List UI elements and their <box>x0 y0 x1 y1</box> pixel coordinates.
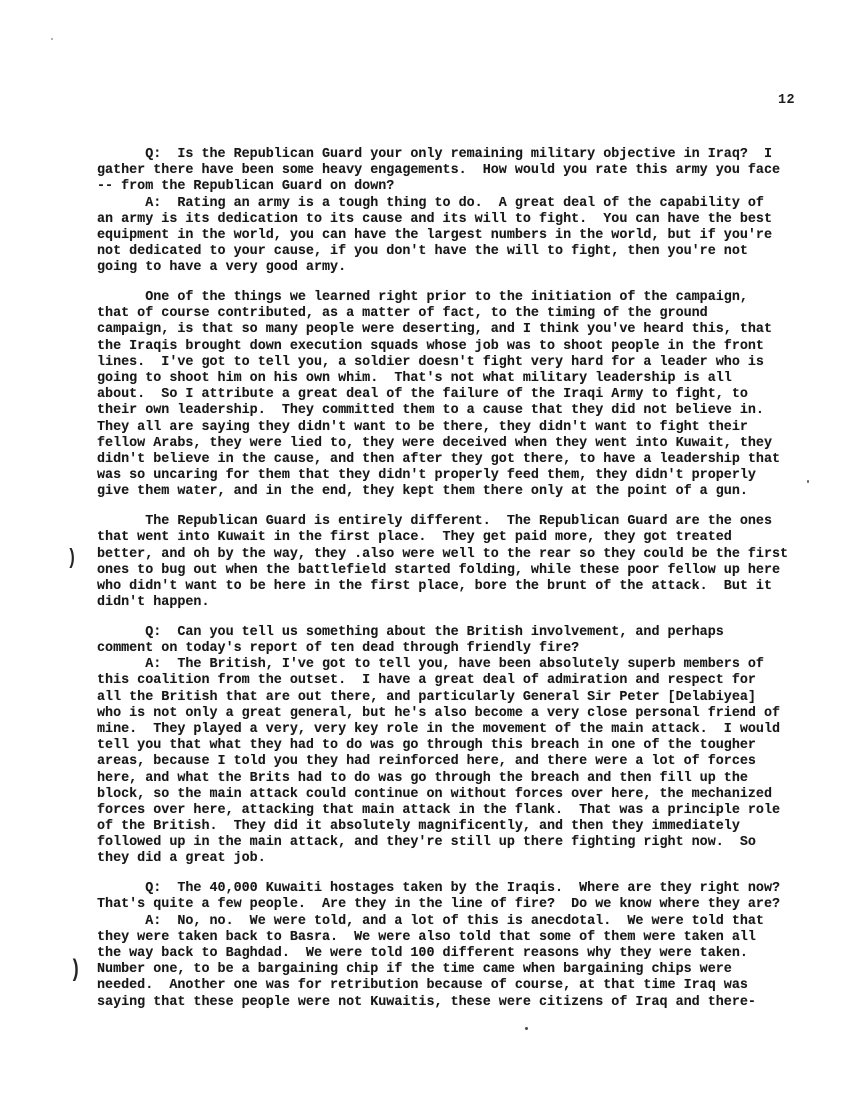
text-line: who didn't want to be here in the first … <box>97 579 807 595</box>
text-line: Number one, to be a bargaining chip if t… <box>97 962 807 978</box>
text-line: lines. I've got to tell you, a soldier d… <box>97 355 807 371</box>
text-line: was so uncaring for them that they didn'… <box>97 468 807 484</box>
text-line: comment on today's report of ten dead th… <box>97 641 807 657</box>
paragraph: Q: The 40,000 Kuwaiti hostages taken by … <box>97 881 807 1011</box>
text-line: they did a great job. <box>97 851 807 867</box>
text-line: A: No, no. We were told, and a lot of th… <box>97 914 807 930</box>
text-line: all the British that are out there, and … <box>97 690 807 706</box>
text-line: going to shoot him on his own whim. That… <box>97 371 807 387</box>
text-line: going to have a very good army. <box>97 260 807 276</box>
text-line: not dedicated to your cause, if you don'… <box>97 244 807 260</box>
text-line: Q: Can you tell us something about the B… <box>97 625 807 641</box>
text-line: equipment in the world, you can have the… <box>97 228 807 244</box>
text-line: gather there have been some heavy engage… <box>97 163 807 179</box>
text-line: forces over here, attacking that main at… <box>97 803 807 819</box>
paragraph: One of the things we learned right prior… <box>97 290 807 500</box>
paragraph: Q: Is the Republican Guard your only rem… <box>97 147 807 277</box>
text-line: ones to bug out when the battlefield sta… <box>97 563 807 579</box>
paragraph: The Republican Guard is entirely differe… <box>97 514 807 611</box>
scan-speck <box>807 480 809 483</box>
text-line: saying that these people were not Kuwait… <box>97 995 807 1011</box>
text-line: campaign, is that so many people were de… <box>97 322 807 338</box>
text-line: an army is its dedication to its cause a… <box>97 212 807 228</box>
text-line: the Iraqis brought down execution squads… <box>97 339 807 355</box>
text-line: that went into Kuwait in the first place… <box>97 530 807 546</box>
text-line: this coalition from the outset. I have a… <box>97 673 807 689</box>
text-line: mine. They played a very, very key role … <box>97 722 807 738</box>
margin-mark-top: ) <box>67 546 77 570</box>
text-line: the way back to Baghdad. We were told 10… <box>97 946 807 962</box>
scan-speck <box>51 38 53 40</box>
margin-mark-bottom: ) <box>70 957 81 984</box>
text-line: They all are saying they didn't want to … <box>97 420 807 436</box>
document-page: 12 ) ) Q: Is the Republican Guard your o… <box>0 0 851 1100</box>
text-line: One of the things we learned right prior… <box>97 290 807 306</box>
text-line: fellow Arabs, they were lied to, they we… <box>97 436 807 452</box>
transcript-body: Q: Is the Republican Guard your only rem… <box>97 147 807 1011</box>
text-line: didn't happen. <box>97 595 807 611</box>
paragraph: Q: Can you tell us something about the B… <box>97 625 807 868</box>
text-line: A: The British, I've got to tell you, ha… <box>97 657 807 673</box>
text-line: Q: Is the Republican Guard your only rem… <box>97 147 807 163</box>
text-line: -- from the Republican Guard on down? <box>97 179 807 195</box>
text-line: their own leadership. They committed the… <box>97 403 807 419</box>
text-line: block, so the main attack could continue… <box>97 787 807 803</box>
text-line: followed up in the main attack, and they… <box>97 835 807 851</box>
page-number: 12 <box>778 93 795 108</box>
text-line: didn't believe in the cause, and then af… <box>97 452 807 468</box>
text-line: The Republican Guard is entirely differe… <box>97 514 807 530</box>
text-line: here, and what the Brits had to do was g… <box>97 771 807 787</box>
text-line: that of course contributed, as a matter … <box>97 306 807 322</box>
text-line: tell you that what they had to do was go… <box>97 738 807 754</box>
scan-speck <box>525 1027 528 1030</box>
text-line: who is not only a great general, but he'… <box>97 706 807 722</box>
text-line: better, and oh by the way, they .also we… <box>97 547 807 563</box>
text-line: A: Rating an army is a tough thing to do… <box>97 196 807 212</box>
text-line: of the British. They did it absolutely m… <box>97 819 807 835</box>
text-line: That's quite a few people. Are they in t… <box>97 897 807 913</box>
text-line: about. So I attribute a great deal of th… <box>97 387 807 403</box>
text-line: give them water, and in the end, they ke… <box>97 484 807 500</box>
text-line: needed. Another one was for retribution … <box>97 978 807 994</box>
text-line: they were taken back to Basra. We were a… <box>97 930 807 946</box>
text-line: Q: The 40,000 Kuwaiti hostages taken by … <box>97 881 807 897</box>
text-line: areas, because I told you they had reinf… <box>97 754 807 770</box>
